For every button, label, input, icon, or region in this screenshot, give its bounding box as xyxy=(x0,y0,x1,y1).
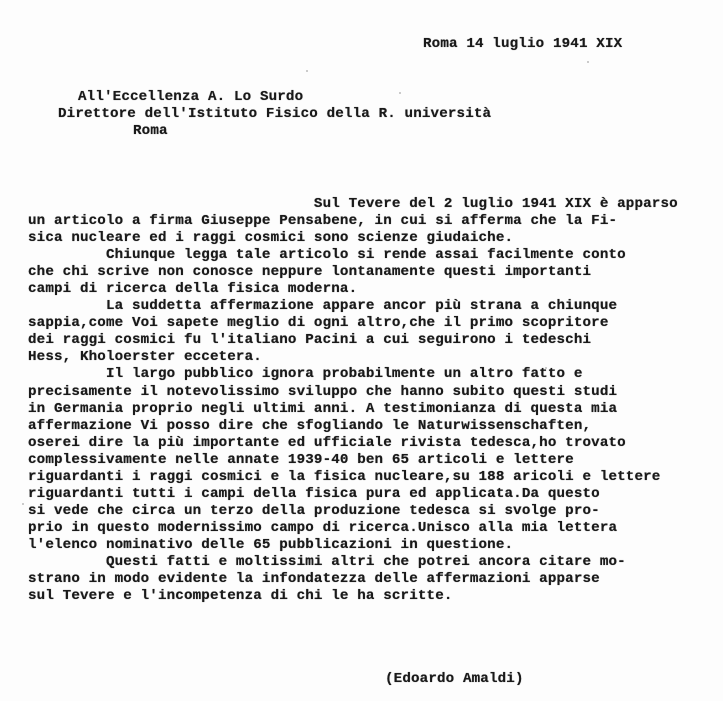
paper-speck xyxy=(587,61,589,63)
paper-speck xyxy=(306,70,308,72)
letter-dateline: Roma 14 luglio 1941 XIX xyxy=(423,36,622,53)
letter-body-line: Chiunque legga tale articolo si rende as… xyxy=(28,247,678,264)
paper-speck xyxy=(399,92,401,94)
letter-body-line: sul Tevere e l'incompetenza di chi le ha… xyxy=(28,588,678,605)
letter-body-line: Hess, Kholoerster eccetera. xyxy=(28,349,678,366)
letter-body-line: Sul Tevere del 2 luglio 1941 XIX è appar… xyxy=(28,196,678,213)
letter-body-line: sica nucleare ed i raggi cosmici sono sc… xyxy=(28,230,678,247)
recipient-name: All'Eccellenza A. Lo Surdo xyxy=(78,89,303,106)
recipient-city: Roma xyxy=(133,123,168,140)
letter-body-line: Il largo pubblico ignora probabilmente u… xyxy=(28,366,678,383)
typewritten-letter-page: Roma 14 luglio 1941 XIX All'Eccellenza A… xyxy=(0,0,723,701)
letter-body-line: riguardanti i raggi cosmici e la fisica … xyxy=(28,469,678,486)
letter-body-line: Questi fatti e moltissimi altri che potr… xyxy=(28,554,678,571)
paper-speck xyxy=(22,503,24,505)
letter-body: Sul Tevere del 2 luglio 1941 XIX è appar… xyxy=(28,196,678,605)
letter-body-line: prio in questo modernissimo campo di ric… xyxy=(28,520,678,537)
letter-body-line: riguardanti tutti i campi della fisica p… xyxy=(28,486,678,503)
letter-body-line: complessivamente nelle annate 1939-40 be… xyxy=(28,452,678,469)
letter-body-line: affermazione Vi posso dire che sfogliand… xyxy=(28,418,678,435)
letter-body-line: dei raggi cosmici fu l'italiano Pacini a… xyxy=(28,332,678,349)
letter-body-line: l'elenco nominativo delle 65 pubblicazio… xyxy=(28,537,678,554)
letter-body-line: precisamente il notevolissimo sviluppo c… xyxy=(28,384,678,401)
letter-body-line: in Germania proprio negli ultimi anni. A… xyxy=(28,401,678,418)
letter-body-line: un articolo a firma Giuseppe Pensabene, … xyxy=(28,213,678,230)
letter-body-line: campi di ricerca della fisica moderna. xyxy=(28,281,678,298)
letter-body-line: strano in modo evidente la infondatezza … xyxy=(28,571,678,588)
letter-signature: (Edoardo Amaldi) xyxy=(385,671,524,688)
recipient-title: Direttore dell'Istituto Fisico della R. … xyxy=(58,106,491,123)
letter-body-line: si vede che circa un terzo della produzi… xyxy=(28,503,678,520)
letter-body-line: La suddetta affermazione appare ancor pi… xyxy=(28,298,678,315)
paper-speck xyxy=(545,367,547,369)
letter-body-line: sappia,come Voi sapete meglio di ogni al… xyxy=(28,315,678,332)
letter-body-line: che chi scrive non conosce neppure lonta… xyxy=(28,264,678,281)
letter-body-line: oserei dire la più importante ed ufficia… xyxy=(28,435,678,452)
